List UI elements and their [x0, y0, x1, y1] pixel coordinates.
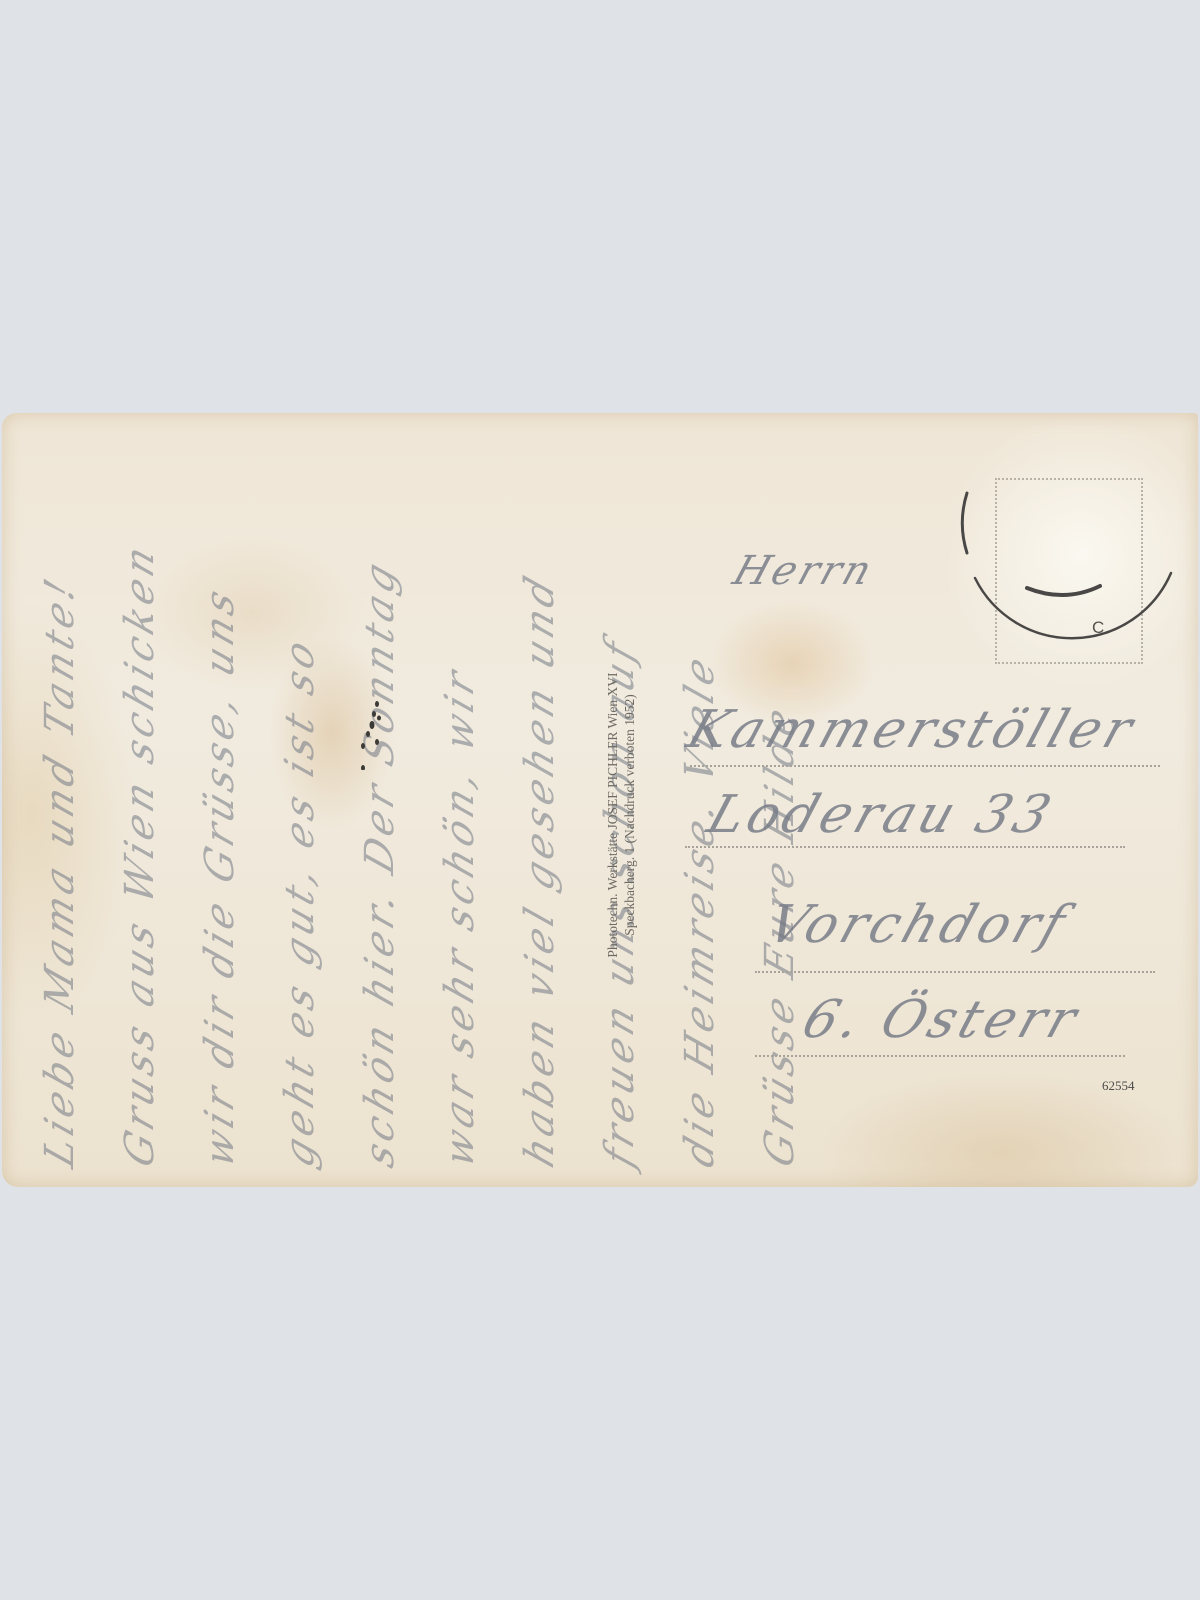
publisher-imprint: Phototechn. Werkstätte JOSEF PICHLER Wie… — [604, 580, 638, 1050]
message-line: geht es gut, es ist so — [260, 390, 340, 1179]
address-town: Vorchdorf — [760, 895, 1076, 955]
ink-spots — [355, 690, 385, 770]
address-street: Loderau 33 — [700, 785, 1061, 845]
message-line: haben viel gesehen und — [500, 390, 580, 1179]
postmark-letter: C — [1092, 618, 1104, 638]
handwritten-message: Liebe Mama und Tante! Gruss aus Wien sch… — [20, 405, 820, 1165]
serial-number: 62554 — [1102, 1078, 1135, 1094]
address-line-3 — [755, 971, 1155, 973]
address-line-4 — [755, 1055, 1125, 1057]
address-name: Kammerstöller — [680, 700, 1143, 760]
address-salutation: Herrn — [728, 548, 881, 594]
imprint-line-1: Phototechn. Werkstätte JOSEF PICHLER Wie… — [604, 580, 621, 1050]
message-line: wir dir die Grüsse, uns — [180, 390, 260, 1179]
message-line: war sehr schön, wir — [420, 390, 500, 1179]
message-line: Gruss aus Wien schicken — [100, 390, 180, 1179]
postmark-icon — [955, 423, 1175, 643]
message-line: schön hier. Der Sonntag — [340, 390, 420, 1179]
address-line-1 — [690, 765, 1160, 767]
imprint-line-2: Speckbacherg. 1 (Nachdruck verboten 1952… — [621, 580, 638, 1050]
address-line-2 — [685, 846, 1125, 848]
message-line: Liebe Mama und Tante! — [20, 390, 100, 1179]
address-region: 6. Österr — [795, 990, 1087, 1050]
